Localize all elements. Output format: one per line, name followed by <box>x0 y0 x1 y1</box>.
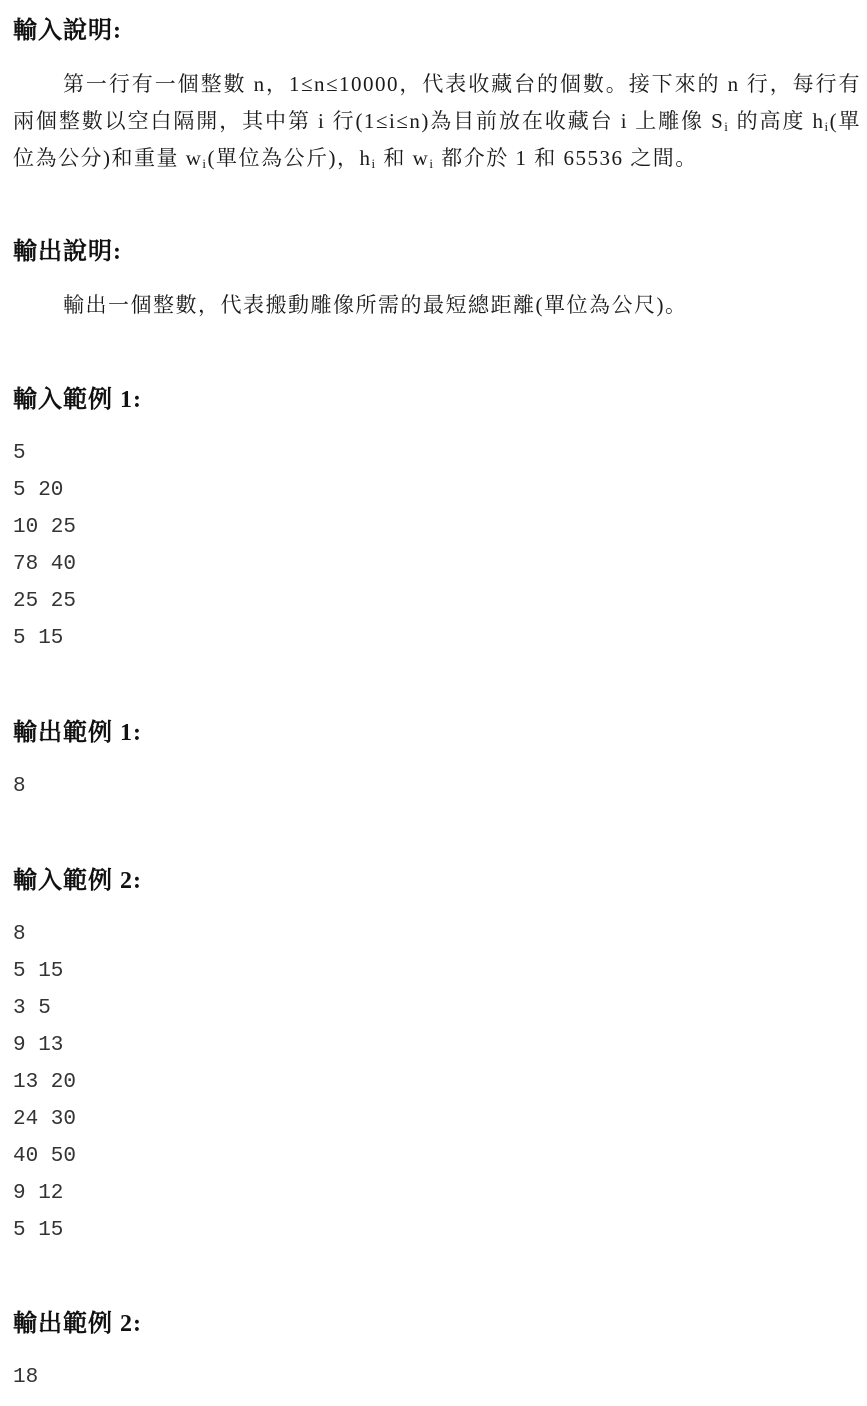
code-line: 5 15 <box>13 620 76 657</box>
sample-output-2-block: 18 <box>13 1359 38 1396</box>
code-line: 10 25 <box>13 509 76 546</box>
code-line: 40 50 <box>13 1138 76 1175</box>
sample-output-2-heading: 輸出範例 2: <box>13 1309 142 1339</box>
code-line: 8 <box>13 916 76 953</box>
sample-output-1-heading: 輸出範例 1: <box>13 718 142 748</box>
code-line: 5 15 <box>13 953 76 990</box>
sample-input-2-block: 8 5 15 3 5 9 13 13 20 24 30 40 50 9 12 5… <box>13 916 76 1249</box>
output-description-heading: 輸出說明: <box>13 237 122 267</box>
code-line: 5 20 <box>13 472 76 509</box>
sample-output-1-block: 8 <box>13 768 26 805</box>
code-line: 78 40 <box>13 546 76 583</box>
code-line: 5 15 <box>13 1212 76 1249</box>
code-line: 9 12 <box>13 1175 76 1212</box>
input-description-heading: 輸入說明: <box>13 16 122 46</box>
code-line: 18 <box>13 1359 38 1396</box>
sample-input-2-heading: 輸入範例 2: <box>13 866 142 896</box>
input-description-text: 第一行有一個整數 n，1≤n≤10000，代表收藏台的個數。接下來的 n 行，每… <box>13 66 861 177</box>
code-line: 8 <box>13 768 26 805</box>
code-line: 3 5 <box>13 990 76 1027</box>
sample-input-1-block: 5 5 20 10 25 78 40 25 25 5 15 <box>13 435 76 657</box>
input-desc-segment: 都介於 1 和 65536 之間。 <box>434 146 697 170</box>
code-line: 24 30 <box>13 1101 76 1138</box>
code-line: 9 13 <box>13 1027 76 1064</box>
code-line: 25 25 <box>13 583 76 620</box>
input-desc-segment: 的高度 h <box>729 109 824 133</box>
code-line: 5 <box>13 435 76 472</box>
output-description-text: 輸出一個整數，代表搬動雕像所需的最短總距離(單位為公尺)。 <box>13 287 861 324</box>
code-line: 13 20 <box>13 1064 76 1101</box>
input-desc-segment: 和 w <box>377 146 430 170</box>
input-desc-segment: (單位為公斤)，h <box>208 146 372 170</box>
sample-input-1-heading: 輸入範例 1: <box>13 385 142 415</box>
